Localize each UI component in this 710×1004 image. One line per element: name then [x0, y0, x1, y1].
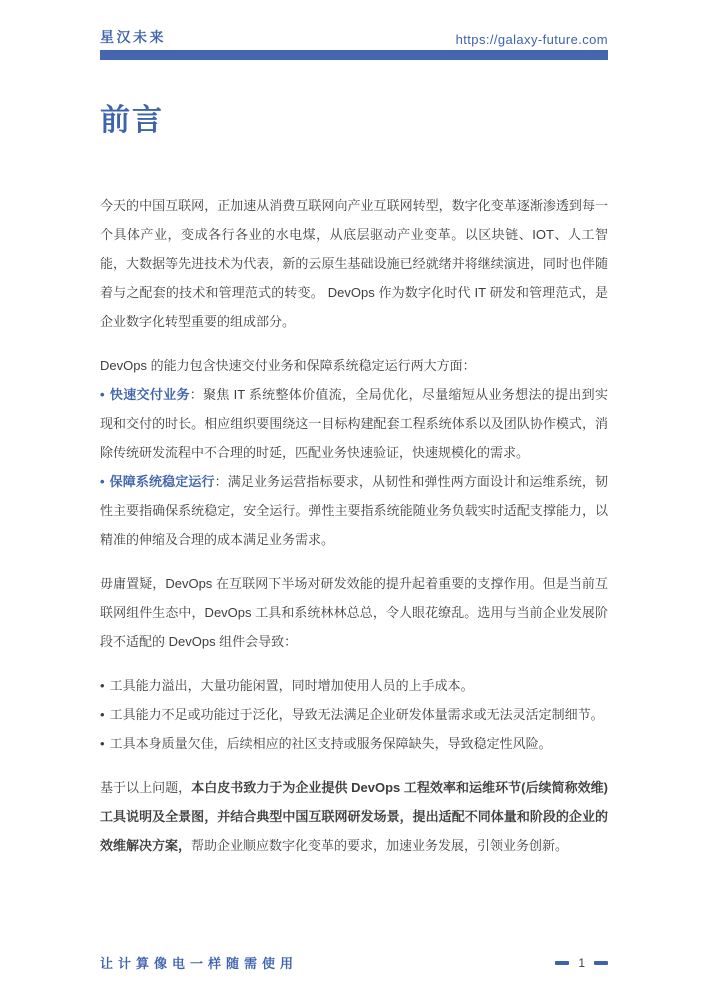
capability-term: 保障系统稳定运行 — [110, 474, 215, 489]
capabilities-intro: DevOps 的能力包含快速交付业务和保障系统稳定运行两大方面： — [100, 351, 608, 380]
risk-list: •工具能力溢出，大量功能闲置，同时增加使用人员的上手成本。 •工具能力不足或功能… — [100, 671, 608, 758]
page-number-dash-left-icon — [555, 961, 569, 965]
bullet-icon: • — [100, 387, 105, 402]
capability-item-fast-delivery: •快速交付业务：聚焦 IT 系统整体价值流，全局优化，尽量缩短从业务想法的提出到… — [100, 380, 608, 467]
page-footer: 让计算像电一样随需使用 1 — [100, 953, 608, 972]
risk-item: •工具本身质量欠佳，后续相应的社区支持或服务保障缺失，导致稳定性风险。 — [100, 729, 608, 758]
risk-text: 工具本身质量欠佳，后续相应的社区支持或服务保障缺失，导致稳定性风险。 — [110, 736, 552, 751]
page-number-dash-right-icon — [594, 961, 608, 965]
brand-name: 星汉未来 — [100, 27, 166, 47]
risk-item: •工具能力溢出，大量功能闲置，同时增加使用人员的上手成本。 — [100, 671, 608, 700]
conclusion-lead: 基于以上问题， — [100, 780, 191, 795]
bullet-icon: • — [100, 707, 105, 722]
site-url-link[interactable]: https://galaxy-future.com — [456, 32, 608, 47]
capability-item-stable-operation: •保障系统稳定运行：满足业务运营指标要求，从韧性和弹性两方面设计和运维系统，韧性… — [100, 467, 608, 554]
page-number: 1 — [555, 956, 608, 970]
page-header: 星汉未来 https://galaxy-future.com — [0, 0, 710, 60]
paragraph-problem: 毋庸置疑，DevOps 在互联网下半场对研发效能的提升起着重要的支撑作用。但是当… — [100, 569, 608, 656]
header-divider-bar — [100, 50, 608, 60]
capability-term: 快速交付业务 — [110, 387, 190, 402]
paragraph-conclusion: 基于以上问题，本白皮书致力于为企业提供 DevOps 工程效率和运维环节(后续简… — [100, 773, 608, 860]
paragraph-intro: 今天的中国互联网，正加速从消费互联网向产业互联网转型，数字化变革逐渐渗透到每一个… — [100, 191, 608, 336]
section-title: 前言 — [100, 103, 608, 139]
page-content: 前言 今天的中国互联网，正加速从消费互联网向产业互联网转型，数字化变革逐渐渗透到… — [0, 60, 710, 860]
devops-capabilities-block: DevOps 的能力包含快速交付业务和保障系统稳定运行两大方面： •快速交付业务… — [100, 351, 608, 554]
bullet-icon: • — [100, 678, 105, 693]
footer-slogan: 让计算像电一样随需使用 — [100, 953, 298, 972]
risk-item: •工具能力不足或功能过于泛化，导致无法满足企业研发体量需求或无法灵活定制细节。 — [100, 700, 608, 729]
bullet-icon: • — [100, 474, 105, 489]
document-page: 星汉未来 https://galaxy-future.com 前言 今天的中国互… — [0, 0, 710, 1004]
header-row: 星汉未来 https://galaxy-future.com — [100, 27, 608, 47]
bullet-icon: • — [100, 736, 105, 751]
conclusion-tail: 帮助企业顺应数字化变革的要求，加速业务发展，引领业务创新。 — [191, 838, 568, 853]
risk-text: 工具能力不足或功能过于泛化，导致无法满足企业研发体量需求或无法灵活定制细节。 — [110, 707, 604, 722]
page-number-value: 1 — [578, 956, 585, 970]
risk-text: 工具能力溢出，大量功能闲置，同时增加使用人员的上手成本。 — [110, 678, 474, 693]
